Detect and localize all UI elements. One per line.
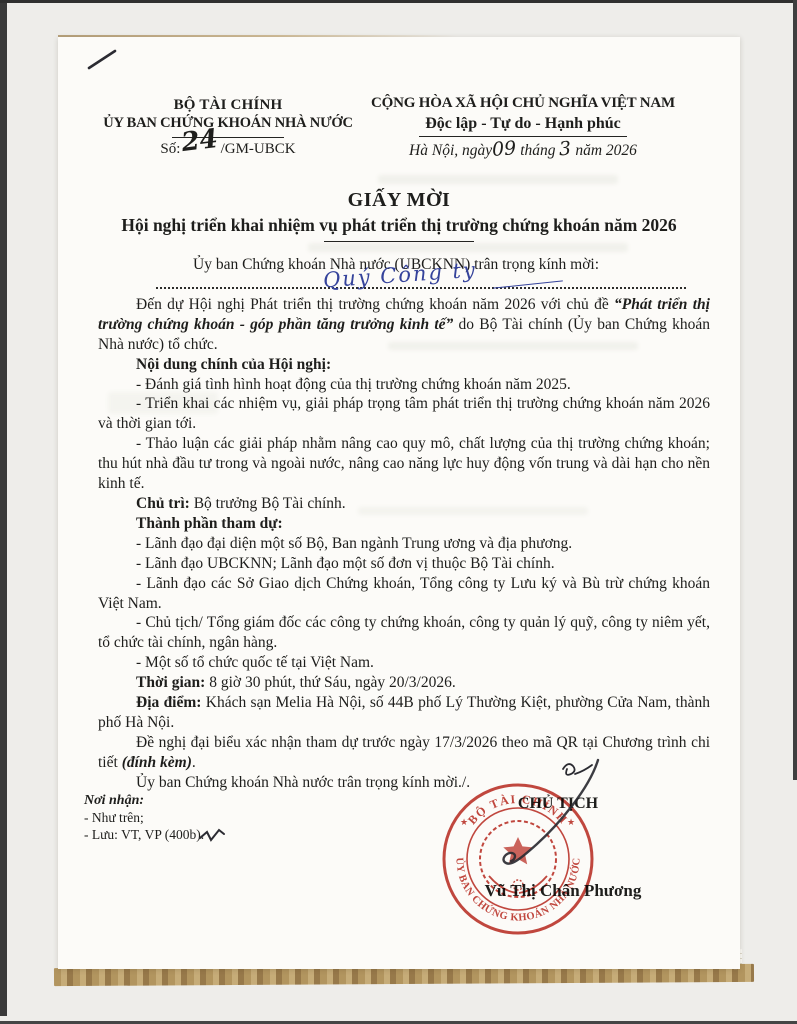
time-label: Thời gian: <box>136 674 205 691</box>
recipients-heading: Nơi nhận: <box>84 792 204 809</box>
place-date-line: Hà Nội, ngày09 tháng 3 năm 2026 <box>370 142 676 160</box>
title-underline <box>324 241 474 242</box>
invitee-dotted-line: Quý Công ty <box>98 275 710 295</box>
venue-line: Địa điểm: Khách sạn Melia Hà Nội, số 44B… <box>98 693 710 733</box>
document-title-block: GIẤY MỜI Hội nghị triển khai nhiệm vụ ph… <box>58 189 740 242</box>
pen-tick-mark <box>89 51 115 68</box>
agency-name: ỦY BAN CHỨNG KHOÁN NHÀ NƯỚC <box>78 115 378 132</box>
seal-star-left: ★ <box>460 817 468 827</box>
country-name: CỘNG HÒA XÃ HỘI CHỦ NGHĨA VIỆT NAM <box>370 95 676 112</box>
ministry-name: BỘ TÀI CHÍNH <box>78 97 378 114</box>
attendee-bullet-5: - Một số tổ chức quốc tế tại Việt Nam. <box>98 653 710 673</box>
date-suffix: năm 2026 <box>575 142 637 159</box>
issuing-agency-block: BỘ TÀI CHÍNH ỦY BAN CHỨNG KHOÁN NHÀ NƯỚC… <box>78 97 378 158</box>
document-body: Ủy ban Chứng khoán Nhà nước (UBCKNN) trâ… <box>98 255 710 793</box>
document-number-line: Số:24/GM-UBCK <box>78 140 378 158</box>
content-bullet-2: - Triển khai các nhiệm vụ, giải pháp trọ… <box>98 394 710 434</box>
document-page: BỘ TÀI CHÍNH ỦY BAN CHỨNG KHOÁN NHÀ NƯỚC… <box>58 37 740 969</box>
motto: Độc lập - Tự do - Hạnh phúc <box>370 115 676 133</box>
recipient-item-1: - Như trên; <box>84 809 204 826</box>
attendee-bullet-1: - Lãnh đạo đại diện một số Bộ, Ban ngành… <box>98 534 710 554</box>
so-label: Số: <box>160 141 180 157</box>
bleed-through-ghost <box>378 175 618 184</box>
motto-underline <box>419 136 627 137</box>
rsvp-period: . <box>192 754 196 771</box>
recipients-block: Nơi nhận: - Như trên; - Lưu: VT, VP (400… <box>84 792 204 843</box>
time-text: 8 giờ 30 phút, thứ Sáu, ngày 20/3/2026. <box>205 674 455 691</box>
handwritten-day: 09 <box>492 143 517 155</box>
document-subject-title: Hội nghị triển khai nhiệm vụ phát triển … <box>58 215 740 236</box>
scan-frame-right <box>793 0 797 780</box>
national-motto-block: CỘNG HÒA XÃ HỘI CHỦ NGHĨA VIỆT NAM Độc l… <box>370 95 676 160</box>
recipient-item-2: - Lưu: VT, VP (400b). <box>84 826 204 843</box>
so-suffix: /GM-UBCK <box>221 141 296 157</box>
scan-frame-left <box>0 0 7 1016</box>
closing-line: Ủy ban Chứng khoán Nhà nước trân trọng k… <box>98 773 710 793</box>
official-red-seal: BỘ TÀI CHÍNH ỦY BAN CHỨNG KHOÁN NHÀ NƯỚC… <box>440 781 596 937</box>
content-bullet-3: - Thảo luận các giải pháp nhằm nâng cao … <box>98 434 710 494</box>
date-mid: tháng <box>520 142 555 159</box>
chair-line: Chủ trì: Bộ trưởng Bộ Tài chính. <box>98 494 710 514</box>
theme-text-a: Đến dự Hội nghị Phát triển thị trường ch… <box>136 296 614 313</box>
attendee-bullet-2: - Lãnh đạo UBCKNN; Lãnh đạo một số đơn v… <box>98 554 710 574</box>
document-type-title: GIẤY MỜI <box>58 189 740 212</box>
seal-star-right: ★ <box>567 817 575 827</box>
chair-text: Bộ trưởng Bộ Tài chính. <box>190 495 346 512</box>
chair-label: Chủ trì: <box>136 495 190 512</box>
content-heading: Nội dung chính của Hội nghị: <box>98 355 710 375</box>
seal-center-star <box>503 837 532 864</box>
time-line: Thời gian: 8 giờ 30 phút, thứ Sáu, ngày … <box>98 673 710 693</box>
rsvp-line: Đề nghị đại biểu xác nhận tham dự trước … <box>98 733 710 773</box>
bleed-through-ghost <box>308 243 628 252</box>
paragraph-theme: Đến dự Hội nghị Phát triển thị trường ch… <box>98 295 710 355</box>
scanned-document-photo: { "palette": { "seal_red": "#bf3a31", "i… <box>0 0 797 1024</box>
dotted-fill-line <box>156 287 686 289</box>
date-prefix: Hà Nội, ngày <box>409 142 492 159</box>
scan-frame-top <box>0 0 797 3</box>
handwritten-month: 3 <box>559 144 572 155</box>
attendees-heading: Thành phần tham dự: <box>98 514 710 534</box>
content-bullet-1: - Đánh giá tình hình hoạt động của thị t… <box>98 375 710 395</box>
attendee-bullet-3: - Lãnh đạo các Sở Giao dịch Chứng khoán,… <box>98 574 710 614</box>
venue-label: Địa điểm: <box>136 694 201 711</box>
attendee-bullet-4: - Chủ tịch/ Tổng giám đốc các công ty ch… <box>98 613 710 653</box>
handwritten-document-number: 24 <box>181 134 218 148</box>
rsvp-attachment-note: (đính kèm) <box>122 754 192 771</box>
